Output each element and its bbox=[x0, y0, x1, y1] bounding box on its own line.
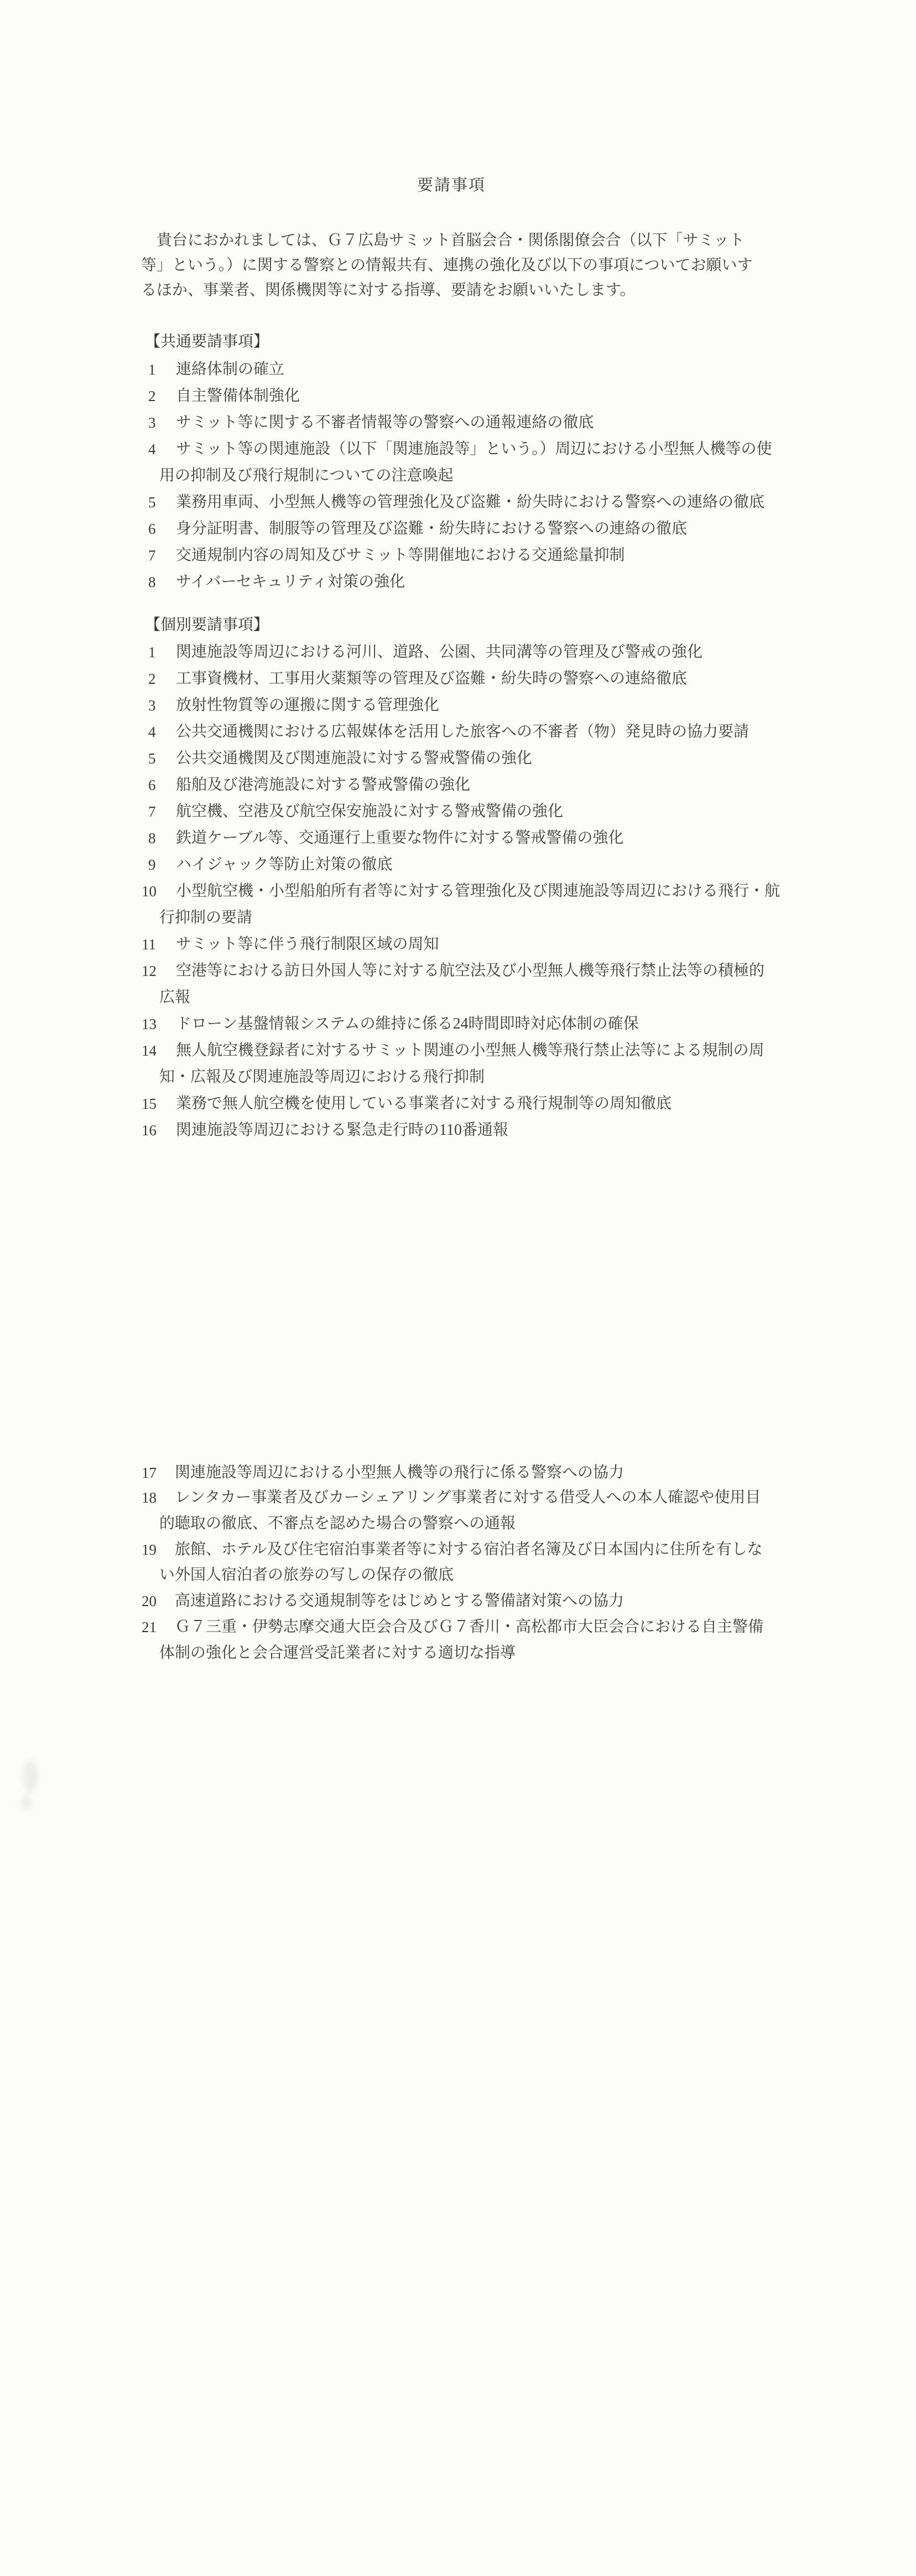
individual-item-16-text: 関連施設等周辺における緊急走行時の110番通報 bbox=[176, 1120, 508, 1140]
common-section-heading: 【共通要請事項】 bbox=[145, 332, 269, 352]
common-item-8-text: サイバーセキュリティ対策の強化 bbox=[176, 572, 405, 592]
intro-line-3: るほか、事業者、関係機関等に対する指導、要請をお願いいたします。 bbox=[141, 281, 636, 300]
common-item-3-number: 3 bbox=[148, 413, 156, 433]
individual-item-18-text: レンタカー事業者及びカーシェアリング事業者に対する借受人への本人確認や使用目 bbox=[175, 1488, 761, 1508]
intro-line-1: 貴台におかれましては、Ｇ７広島サミット首脳会合・関係閣僚会合（以下「サミット bbox=[157, 231, 745, 251]
document-page: 要請事項 貴台におかれましては、Ｇ７広島サミット首脳会合・関係閣僚会合（以下「サ… bbox=[0, 0, 916, 2576]
individual-item-5-number: 5 bbox=[148, 749, 156, 768]
individual-item-17-number: 17 bbox=[142, 1463, 157, 1483]
individual-item-21-text-cont: 体制の強化と会合運営受託業者に対する適切な指導 bbox=[159, 1643, 516, 1663]
scan-artifact bbox=[21, 1796, 32, 1809]
individual-item-11-number: 11 bbox=[142, 934, 156, 954]
individual-item-21-number: 21 bbox=[142, 1617, 157, 1637]
individual-item-4-text: 公共交通機関における広報媒体を活用した旅客への不審者（物）発見時の協力要請 bbox=[176, 722, 749, 742]
common-item-2-number: 2 bbox=[148, 386, 156, 406]
common-item-7-number: 7 bbox=[148, 546, 156, 565]
individual-item-3-text: 放射性物質等の運搬に関する管理強化 bbox=[176, 695, 439, 715]
individual-item-1-text: 関連施設等周辺における河川、道路、公園、共同溝等の管理及び警戒の強化 bbox=[176, 642, 702, 662]
individual-item-8-text: 鉄道ケーブル等、交通運行上重要な物件に対する警戒警備の強化 bbox=[176, 828, 623, 848]
individual-item-10-text-cont: 行抑制の要請 bbox=[159, 908, 252, 928]
individual-item-6-number: 6 bbox=[148, 775, 156, 795]
individual-item-19-text-cont: い外国人宿泊者の旅券の写しの保存の徹底 bbox=[159, 1565, 454, 1585]
individual-item-20-text: 高速道路における交通規制等をはじめとする警備諸対策への協力 bbox=[175, 1591, 624, 1611]
individual-item-21-text: Ｇ７三重・伊勢志摩交通大臣会合及びＧ７香川・高松都市大臣会合における自主警備 bbox=[175, 1617, 763, 1637]
individual-item-6-text: 船舶及び港湾施設に対する警戒警備の強化 bbox=[176, 775, 470, 795]
common-item-1-number: 1 bbox=[148, 360, 156, 380]
individual-item-2-number: 2 bbox=[148, 669, 156, 689]
common-item-5-text: 業務用車両、小型無人機等の管理強化及び盗難・紛失時における警察への連絡の徹底 bbox=[176, 492, 764, 512]
individual-item-14-text-cont: 知・広報及び関連施設等周辺における飛行抑制 bbox=[159, 1067, 485, 1087]
common-item-4-text: サミット等の関連施設（以下「関連施設等」という。）周辺における小型無人機等の使 bbox=[176, 439, 772, 459]
individual-item-19-text: 旅館、ホテル及び住宅宿泊事業者等に対する宿泊者名簿及び日本国内に住所を有しな bbox=[175, 1540, 763, 1560]
common-item-2-text: 自主警備体制強化 bbox=[176, 386, 300, 406]
document-title: 要請事項 bbox=[417, 175, 486, 195]
common-item-5-number: 5 bbox=[148, 492, 156, 512]
individual-item-16-number: 16 bbox=[142, 1120, 157, 1140]
common-item-8-number: 8 bbox=[148, 572, 156, 592]
individual-item-15-number: 15 bbox=[142, 1094, 157, 1114]
common-item-7-text: 交通規制内容の周知及びサミット等開催地における交通総量抑制 bbox=[176, 546, 624, 565]
common-item-4-number: 4 bbox=[148, 439, 156, 459]
individual-item-7-text: 航空機、空港及び航空保安施設に対する警戒警備の強化 bbox=[176, 802, 563, 822]
common-item-4-text-cont: 用の抑制及び飛行規制についての注意喚起 bbox=[159, 466, 453, 486]
individual-item-13-number: 13 bbox=[142, 1014, 157, 1034]
individual-item-15-text: 業務で無人航空機を使用している事業者に対する飛行規制等の周知徹底 bbox=[176, 1094, 672, 1114]
common-item-3-text: サミット等に関する不審者情報等の警察への通報連絡の徹底 bbox=[176, 413, 594, 433]
individual-item-1-number: 1 bbox=[148, 642, 156, 662]
individual-item-17-text: 関連施設等周辺における小型無人機等の飛行に係る警察への協力 bbox=[175, 1463, 624, 1483]
individual-item-9-number: 9 bbox=[148, 855, 156, 875]
common-item-6-text: 身分証明書、制服等の管理及び盗難・紛失時における警察への連絡の徹底 bbox=[176, 519, 687, 539]
individual-item-19-number: 19 bbox=[142, 1540, 157, 1560]
individual-item-18-number: 18 bbox=[142, 1488, 157, 1508]
individual-item-14-number: 14 bbox=[142, 1041, 157, 1061]
individual-item-3-number: 3 bbox=[148, 695, 156, 715]
individual-item-2-text: 工事資機材、工事用火薬類等の管理及び盗難・紛失時の警察への連絡徹底 bbox=[176, 669, 687, 689]
individual-item-5-text: 公共交通機関及び関連施設に対する警戒警備の強化 bbox=[176, 749, 532, 768]
individual-item-8-number: 8 bbox=[148, 828, 156, 848]
individual-item-18-text-cont: 的聴取の徹底、不審点を認めた場合の警察への通報 bbox=[159, 1514, 516, 1534]
individual-item-7-number: 7 bbox=[148, 802, 156, 822]
individual-item-10-number: 10 bbox=[142, 881, 157, 901]
common-item-1-text: 連絡体制の確立 bbox=[176, 360, 284, 380]
individual-item-12-text: 空港等における訪日外国人等に対する航空法及び小型無人機等飛行禁止法等の積極的 bbox=[176, 961, 764, 981]
individual-item-10-text: 小型航空機・小型船舶所有者等に対する管理強化及び関連施設等周辺における飛行・航 bbox=[176, 881, 780, 901]
individual-item-12-text-cont: 広報 bbox=[159, 988, 190, 1007]
individual-item-11-text: サミット等に伴う飛行制限区域の周知 bbox=[176, 934, 439, 954]
individual-item-13-text: ドローン基盤情報システムの維持に係る24時間即時対応体制の確保 bbox=[176, 1014, 639, 1034]
individual-item-12-number: 12 bbox=[142, 961, 157, 981]
individual-item-14-text: 無人航空機登録者に対するサミット関連の小型無人機等飛行禁止法等による規制の周 bbox=[176, 1041, 764, 1061]
common-item-6-number: 6 bbox=[148, 519, 156, 539]
individual-item-4-number: 4 bbox=[148, 722, 156, 742]
individual-item-9-text: ハイジャック等防止対策の徹底 bbox=[176, 855, 392, 875]
individual-item-20-number: 20 bbox=[142, 1591, 157, 1611]
individual-section-heading: 【個別要請事項】 bbox=[145, 615, 269, 635]
scan-artifact bbox=[23, 1760, 38, 1793]
intro-line-2: 等」という。）に関する警察との情報共有、連携の強化及び以下の事項についてお願いす bbox=[141, 256, 752, 276]
